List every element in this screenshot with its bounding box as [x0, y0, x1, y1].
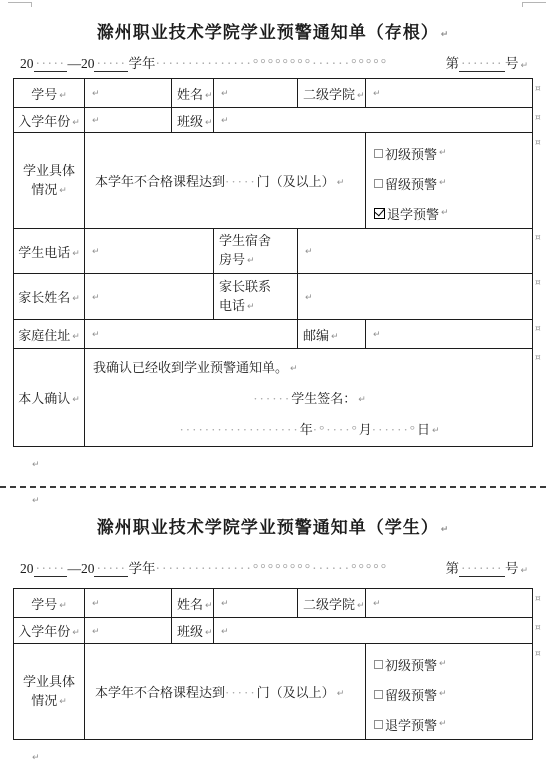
warning-option-dropout[interactable]: 退学预警↵	[374, 198, 532, 228]
year-dash: —20	[67, 56, 94, 72]
pilcrow-mark: ↵	[32, 496, 40, 506]
pilcrow-mark: ↵	[59, 91, 67, 101]
warning-option-repeat[interactable]: 留级预警↵	[374, 679, 532, 709]
pilcrow-mark: ↵	[72, 294, 80, 304]
pilcrow-mark: ↵	[337, 178, 345, 188]
student-phone-value-cell[interactable]: ↵	[85, 229, 214, 274]
college-label-cell: 二级学院↵	[298, 79, 366, 108]
warning-options-cell: 初级预警↵ 留级预警↵ 退学预警↵	[366, 644, 533, 740]
pilcrow-mark: ↵	[92, 599, 100, 609]
year-label: 学年	[128, 52, 155, 72]
enroll-year-value-cell[interactable]: ↵	[85, 108, 172, 133]
class-label-cell: 班级↵	[172, 108, 214, 133]
checkbox-checked-icon[interactable]	[374, 208, 385, 219]
enroll-year-value-cell[interactable]: ↵	[85, 618, 172, 644]
postcode-value-cell[interactable]: ↵	[366, 320, 533, 349]
stub-form-table: 学号↵ ↵ 姓名↵ ↵ 二级学院↵ ↵ 入学年份↵ ↵ 班级↵ ↵ 学业具体情况…	[13, 78, 533, 447]
pilcrow-mark: ↵	[72, 395, 80, 405]
academic-situation-label-cell: 学业具体情况↵	[14, 644, 85, 740]
blank-space-dots[interactable]: ·····	[225, 685, 257, 700]
pilcrow-mark: ↵	[247, 256, 255, 266]
year-prefix: 20	[20, 561, 34, 577]
pilcrow-mark: ↵	[305, 247, 313, 257]
pilcrow-mark: ↵	[439, 659, 447, 669]
form1-title: 滁州职业技术学院学业预警通知单（存根）↵	[0, 18, 546, 43]
number-prefix: 第	[445, 52, 459, 72]
parent-phone-value-cell[interactable]: ↵	[298, 274, 533, 320]
pilcrow-mark: ↵	[439, 148, 447, 158]
year-dash: —20	[67, 561, 94, 577]
space-marks-filler: ···············°°°°°°°°······°°°°°	[155, 56, 445, 72]
college-value-cell[interactable]: ↵	[366, 589, 533, 618]
class-value-cell[interactable]: ↵	[214, 108, 533, 133]
college-label-cell: 二级学院↵	[298, 589, 366, 618]
row-end-mark: ¤	[535, 594, 541, 604]
year-blank-1[interactable]: ·····	[34, 562, 68, 577]
warning-option-repeat[interactable]: 留级预警↵	[374, 168, 532, 198]
academic-situation-label-cell: 学业具体情况↵	[14, 133, 85, 229]
pilcrow-mark: ↵	[59, 697, 67, 707]
student-id-label-cell: 学号↵	[14, 79, 85, 108]
checkbox-icon[interactable]	[374, 149, 383, 158]
enroll-year-label-cell: 入学年份↵	[14, 618, 85, 644]
dorm-label-cell: 学生宿舍房号↵	[214, 229, 298, 274]
pilcrow-mark: ↵	[221, 116, 229, 126]
pilcrow-mark: ↵	[32, 753, 40, 763]
number-suffix: 号	[505, 557, 519, 577]
self-confirm-label-cell: 本人确认↵	[14, 349, 85, 447]
warning-option-dropout[interactable]: 退学预警↵	[374, 709, 532, 739]
pilcrow-mark: ↵	[72, 332, 80, 342]
pilcrow-mark: ↵	[357, 91, 365, 101]
pilcrow-mark: ↵	[439, 178, 447, 188]
blank-space-dots[interactable]: ·····	[225, 174, 257, 189]
pilcrow-mark: ↵	[92, 330, 100, 340]
pilcrow-mark: ↵	[520, 566, 528, 576]
year-blank-2[interactable]: ·····	[94, 562, 128, 577]
pilcrow-mark: ↵	[520, 61, 528, 71]
parent-name-label-cell: 家长姓名↵	[14, 274, 85, 320]
self-confirm-content-cell[interactable]: 我确认已经收到学业预警通知单。↵ ······学生签名：↵ ··········…	[85, 349, 533, 447]
pilcrow-mark: ↵	[92, 247, 100, 257]
pilcrow-mark: ↵	[32, 460, 40, 470]
date-line[interactable]: ···················年·°····°月······°日↵	[93, 415, 526, 446]
college-value-cell[interactable]: ↵	[366, 79, 533, 108]
row-end-mark: ¤	[535, 649, 541, 659]
signature-line[interactable]: ······学生签名：↵	[93, 384, 526, 415]
class-label-cell: 班级↵	[172, 618, 214, 644]
pilcrow-mark: ↵	[92, 627, 100, 637]
row-end-mark: ¤	[535, 623, 541, 633]
student-id-value-cell[interactable]: ↵	[85, 589, 172, 618]
row-end-mark: ¤	[535, 113, 541, 123]
pilcrow-mark: ↵	[331, 332, 339, 342]
pilcrow-mark: ↵	[337, 689, 345, 699]
row-end-mark: ¤	[535, 278, 541, 288]
margin-crop-mark-left	[8, 2, 32, 7]
form2-year-line: 20·····—20·····学年 ···············°°°°°°°…	[20, 557, 528, 577]
pilcrow-mark: ↵	[92, 89, 100, 99]
pilcrow-mark: ↵	[72, 628, 80, 638]
number-suffix: 号	[505, 52, 519, 72]
confirm-statement: 我确认已经收到学业预警通知单。↵	[93, 353, 526, 384]
row-end-mark: ¤	[535, 353, 541, 363]
pilcrow-mark: ↵	[373, 89, 381, 99]
row-end-mark: ¤	[535, 324, 541, 334]
name-label-cell: 姓名↵	[172, 79, 214, 108]
pilcrow-mark: ↵	[92, 293, 100, 303]
form1-year-line: 20·····—20·····学年 ···············°°°°°°°…	[20, 52, 528, 72]
warning-options-cell: 初级预警↵ 留级预警↵ 退学预警↵	[366, 133, 533, 229]
pilcrow-mark: ↵	[221, 627, 229, 637]
pilcrow-mark: ↵	[439, 689, 447, 699]
student-id-label-cell: 学号↵	[14, 589, 85, 618]
year-blank-2[interactable]: ·····	[94, 57, 128, 72]
pilcrow-mark: ↵	[221, 89, 229, 99]
parent-phone-label-cell: 家长联系电话↵	[214, 274, 298, 320]
form2-title: 滁州职业技术学院学业预警通知单（学生）↵	[0, 513, 546, 538]
warning-option-junior[interactable]: 初级预警↵	[374, 138, 532, 168]
student-phone-label-cell: 学生电话↵	[14, 229, 85, 274]
cut-line-dashed-divider	[0, 486, 546, 488]
warning-option-junior[interactable]: 初级预警↵	[374, 649, 532, 679]
pilcrow-mark: ↵	[373, 599, 381, 609]
pilcrow-mark: ↵	[358, 395, 366, 405]
pilcrow-mark: ↵	[357, 601, 365, 611]
failed-courses-cell[interactable]: 本学年不合格课程达到·····门（及以上）↵	[85, 133, 366, 229]
pilcrow-mark: ↵	[221, 599, 229, 609]
address-value-cell[interactable]: ↵	[85, 320, 298, 349]
address-label-cell: 家庭住址↵	[14, 320, 85, 349]
pilcrow-mark: ↵	[59, 601, 67, 611]
form1-title-text: 滁州职业技术学院学业预警通知单（存根）	[97, 23, 439, 42]
pilcrow-mark: ↵	[205, 601, 213, 611]
pilcrow-mark: ↵	[441, 30, 450, 40]
student-form-table: 学号↵ ↵ 姓名↵ ↵ 二级学院↵ ↵ 入学年份↵ ↵ 班级↵ ↵ 学业具体情况…	[13, 588, 533, 740]
pilcrow-mark: ↵	[305, 293, 313, 303]
class-value-cell[interactable]: ↵	[214, 618, 533, 644]
row-end-mark: ¤	[535, 138, 541, 148]
enroll-year-label-cell: 入学年份↵	[14, 108, 85, 133]
name-value-cell[interactable]: ↵	[214, 79, 298, 108]
postcode-label-cell: 邮编↵	[298, 320, 366, 349]
failed-courses-cell[interactable]: 本学年不合格课程达到·····门（及以上）↵	[85, 644, 366, 740]
pilcrow-mark: ↵	[247, 302, 255, 312]
pilcrow-mark: ↵	[205, 91, 213, 101]
pilcrow-mark: ↵	[72, 118, 80, 128]
name-value-cell[interactable]: ↵	[214, 589, 298, 618]
pilcrow-mark: ↵	[439, 719, 447, 729]
form2-title-text: 滁州职业技术学院学业预警通知单（学生）	[97, 518, 439, 537]
year-prefix: 20	[20, 56, 34, 72]
parent-name-value-cell[interactable]: ↵	[85, 274, 214, 320]
pilcrow-mark: ↵	[205, 628, 213, 638]
checkbox-icon[interactable]	[374, 720, 383, 729]
checkbox-icon[interactable]	[374, 660, 383, 669]
number-blank[interactable]: ·······	[459, 562, 505, 577]
name-label-cell: 姓名↵	[172, 589, 214, 618]
pilcrow-mark: ↵	[373, 330, 381, 340]
pilcrow-mark: ↵	[92, 116, 100, 126]
checkbox-icon[interactable]	[374, 690, 383, 699]
pilcrow-mark: ↵	[59, 186, 67, 196]
dorm-value-cell[interactable]: ↵	[298, 229, 533, 274]
number-prefix: 第	[445, 557, 459, 577]
pilcrow-mark: ↵	[441, 525, 450, 535]
margin-crop-mark-right	[522, 2, 546, 7]
student-id-value-cell[interactable]: ↵	[85, 79, 172, 108]
pilcrow-mark: ↵	[441, 208, 449, 218]
number-blank[interactable]: ·······	[459, 57, 505, 72]
year-label: 学年	[128, 557, 155, 577]
space-marks-filler: ···············°°°°°°°°······°°°°°	[155, 561, 445, 577]
pilcrow-mark: ↵	[72, 249, 80, 259]
pilcrow-mark: ↵	[205, 118, 213, 128]
pilcrow-mark: ↵	[290, 364, 298, 374]
row-end-mark: ¤	[535, 84, 541, 94]
pilcrow-mark: ↵	[432, 426, 440, 436]
checkbox-icon[interactable]	[374, 179, 383, 188]
year-blank-1[interactable]: ·····	[34, 57, 68, 72]
row-end-mark: ¤	[535, 233, 541, 243]
